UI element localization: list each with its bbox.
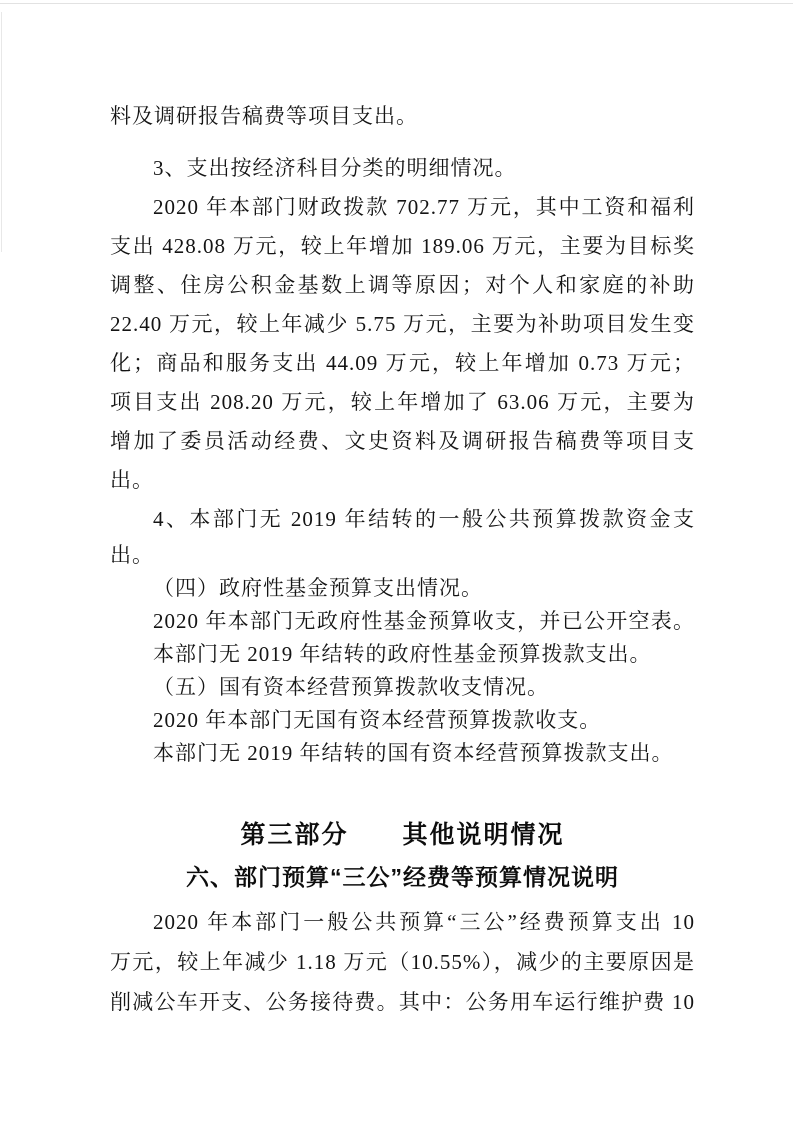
text-line: 出。 [110, 461, 695, 500]
text-line: （五）国有资本经营预算拨款收支情况。 [110, 671, 695, 704]
body-section-upper: 料及调研报告稿费等项目支出。3、支出按经济科目分类的明细情况。2020 年本部门… [110, 97, 695, 539]
body-section-lower: 出。（四）政府性基金预算支出情况。2020 年本部门无政府性基金预算收支，并已公… [110, 539, 695, 770]
text-line: 出。 [110, 539, 695, 572]
text-line: 支出 428.08 万元，较上年增加 189.06 万元，主要为目标奖 [110, 227, 695, 266]
text-line: 2020 年本部门财政拨款 702.77 万元，其中工资和福利 [110, 188, 695, 227]
text-line: 本部门无 2019 年结转的政府性基金预算拨款支出。 [110, 638, 695, 671]
text-line: 万元，较上年减少 1.18 万元（10.55%），减少的主要原因是 [110, 942, 695, 982]
text-line: 增加了委员活动经费、文史资料及调研报告稿费等项目支 [110, 422, 695, 461]
text-line: 化；商品和服务支出 44.09 万元，较上年增加 0.73 万元； [110, 344, 695, 383]
part-heading: 第三部分 其他说明情况 [110, 814, 695, 856]
text-line: 2020 年本部门无国有资本经营预算拨款收支。 [110, 704, 695, 737]
document-page: 料及调研报告稿费等项目支出。3、支出按经济科目分类的明细情况。2020 年本部门… [0, 0, 793, 1122]
text-line: 项目支出 208.20 万元，较上年增加了 63.06 万元，主要为 [110, 383, 695, 422]
text-line: 3、支出按经济科目分类的明细情况。 [110, 149, 695, 188]
scan-edge-artifact-left [1, 12, 2, 252]
text-line: 4、本部门无 2019 年结转的一般公共预算拨款资金支 [110, 500, 695, 539]
text-line: 削减公车开支、公务接待费。其中：公务用车运行维护费 10 [110, 982, 695, 1022]
document-body: 料及调研报告稿费等项目支出。3、支出按经济科目分类的明细情况。2020 年本部门… [110, 97, 695, 1022]
text-line: 调整、住房公积金基数上调等原因；对个人和家庭的补助 [110, 266, 695, 305]
text-line: 本部门无 2019 年结转的国有资本经营预算拨款支出。 [110, 737, 695, 770]
text-line: 料及调研报告稿费等项目支出。 [110, 97, 695, 136]
text-line: 2020 年本部门一般公共预算“三公”经费预算支出 10 [110, 902, 695, 942]
closing-paragraph: 2020 年本部门一般公共预算“三公”经费预算支出 10万元，较上年减少 1.1… [110, 902, 695, 1022]
scan-edge-artifact-top [0, 3, 793, 4]
text-line: （四）政府性基金预算支出情况。 [110, 572, 695, 605]
sub-heading: 六、部门预算“三公”经费等预算情况说明 [110, 856, 695, 898]
text-line: 22.40 万元，较上年减少 5.75 万元，主要为补助项目发生变 [110, 305, 695, 344]
text-line: 2020 年本部门无政府性基金预算收支，并已公开空表。 [110, 605, 695, 638]
